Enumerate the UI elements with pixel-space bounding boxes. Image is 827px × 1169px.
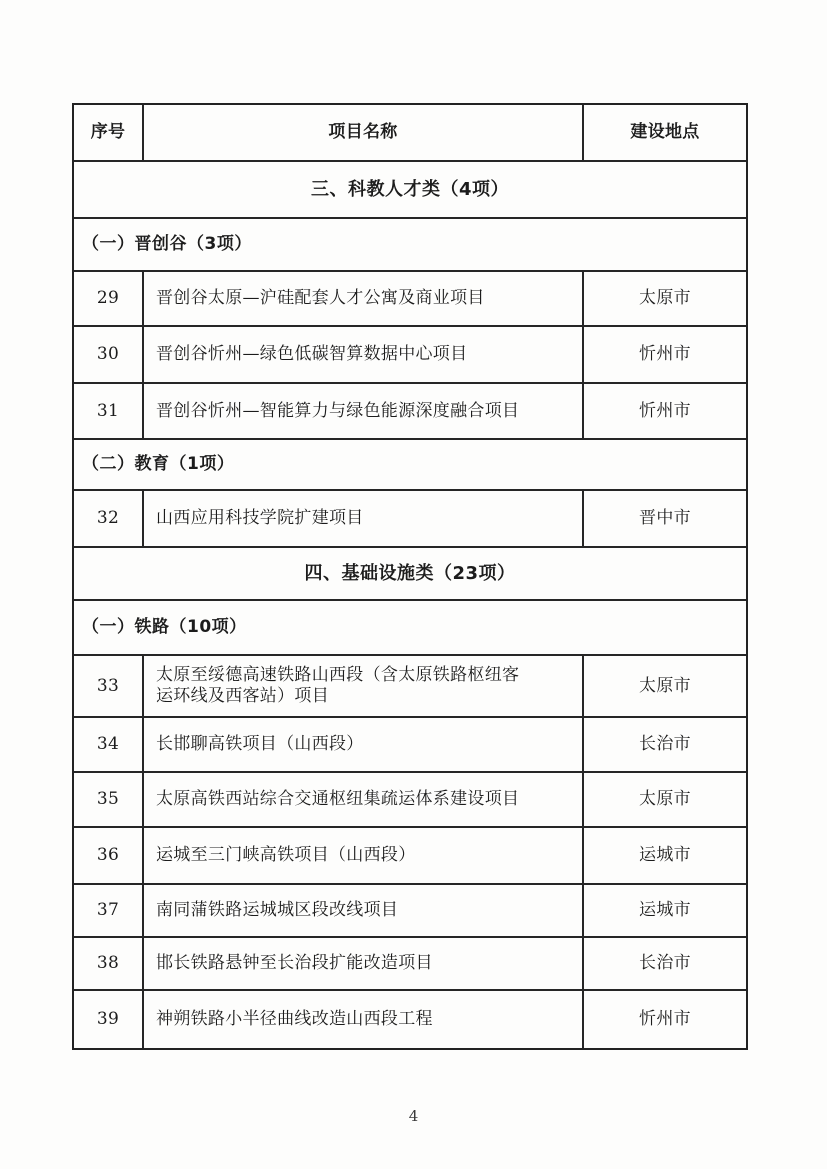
row-number: 35 [74, 773, 142, 826]
table-row: 31 晋创谷忻州—智能算力与绿色能源深度融合项目 忻州市 [74, 384, 746, 440]
location: 太原市 [584, 272, 746, 325]
section-header-row: 三、科教人才类（4项） [74, 162, 746, 219]
row-number: 36 [74, 828, 142, 883]
section-title: 三、科教人才类（4项） [74, 162, 746, 217]
location: 晋中市 [584, 491, 746, 546]
page-number: 4 [0, 1107, 827, 1125]
project-name: 运城至三门峡高铁项目（山西段） [142, 828, 584, 883]
subsection-header-row: （一）晋创谷（3项） [74, 219, 746, 272]
table-header-row: 序号 项目名称 建设地点 [74, 105, 746, 162]
table-row: 37 南同蒲铁路运城城区段改线项目 运城市 [74, 885, 746, 938]
subsection-title: （二）教育（1项） [74, 440, 746, 489]
row-number: 39 [74, 991, 142, 1048]
row-number: 34 [74, 718, 142, 771]
project-name: 太原高铁西站综合交通枢纽集疏运体系建设项目 [142, 773, 584, 826]
header-project-name: 项目名称 [142, 105, 584, 160]
subsection-title: （一）铁路（10项） [74, 601, 746, 654]
table-row: 30 晋创谷忻州—绿色低碳智算数据中心项目 忻州市 [74, 327, 746, 384]
subsection-header-row: （二）教育（1项） [74, 440, 746, 491]
location: 太原市 [584, 656, 746, 716]
project-name: 神朔铁路小半径曲线改造山西段工程 [142, 991, 584, 1048]
project-name: 晋创谷忻州—智能算力与绿色能源深度融合项目 [142, 384, 584, 438]
location: 忻州市 [584, 991, 746, 1048]
row-number: 37 [74, 885, 142, 936]
row-number: 38 [74, 938, 142, 989]
project-name: 南同蒲铁路运城城区段改线项目 [142, 885, 584, 936]
project-name: 山西应用科技学院扩建项目 [142, 491, 584, 546]
location: 运城市 [584, 885, 746, 936]
project-name: 长邯聊高铁项目（山西段） [142, 718, 584, 771]
row-number: 29 [74, 272, 142, 325]
table-row: 39 神朔铁路小半径曲线改造山西段工程 忻州市 [74, 991, 746, 1048]
table-row: 32 山西应用科技学院扩建项目 晋中市 [74, 491, 746, 548]
row-number: 32 [74, 491, 142, 546]
section-title: 四、基础设施类（23项） [74, 548, 746, 599]
location: 忻州市 [584, 327, 746, 382]
row-number: 33 [74, 656, 142, 716]
table-row: 33 太原至绥德高速铁路山西段（含太原铁路枢纽客运环线及西客站）项目 太原市 [74, 656, 746, 718]
project-name: 邯长铁路悬钟至长治段扩能改造项目 [142, 938, 584, 989]
project-list-table: 序号 项目名称 建设地点 三、科教人才类（4项） （一）晋创谷（3项） 29 晋… [72, 103, 748, 1050]
location: 运城市 [584, 828, 746, 883]
project-name: 太原至绥德高速铁路山西段（含太原铁路枢纽客运环线及西客站）项目 [142, 656, 584, 716]
header-serial-number: 序号 [74, 105, 142, 160]
location: 太原市 [584, 773, 746, 826]
subsection-title: （一）晋创谷（3项） [74, 219, 746, 270]
project-name: 晋创谷忻州—绿色低碳智算数据中心项目 [142, 327, 584, 382]
project-name: 晋创谷太原—沪硅配套人才公寓及商业项目 [142, 272, 584, 325]
table-row: 29 晋创谷太原—沪硅配套人才公寓及商业项目 太原市 [74, 272, 746, 327]
table-row: 34 长邯聊高铁项目（山西段） 长治市 [74, 718, 746, 773]
subsection-header-row: （一）铁路（10项） [74, 601, 746, 656]
header-construction-location: 建设地点 [584, 105, 746, 160]
location: 长治市 [584, 718, 746, 771]
row-number: 31 [74, 384, 142, 438]
location: 忻州市 [584, 384, 746, 438]
table-row: 35 太原高铁西站综合交通枢纽集疏运体系建设项目 太原市 [74, 773, 746, 828]
table-row: 38 邯长铁路悬钟至长治段扩能改造项目 长治市 [74, 938, 746, 991]
section-header-row: 四、基础设施类（23项） [74, 548, 746, 601]
table-row: 36 运城至三门峡高铁项目（山西段） 运城市 [74, 828, 746, 885]
row-number: 30 [74, 327, 142, 382]
location: 长治市 [584, 938, 746, 989]
